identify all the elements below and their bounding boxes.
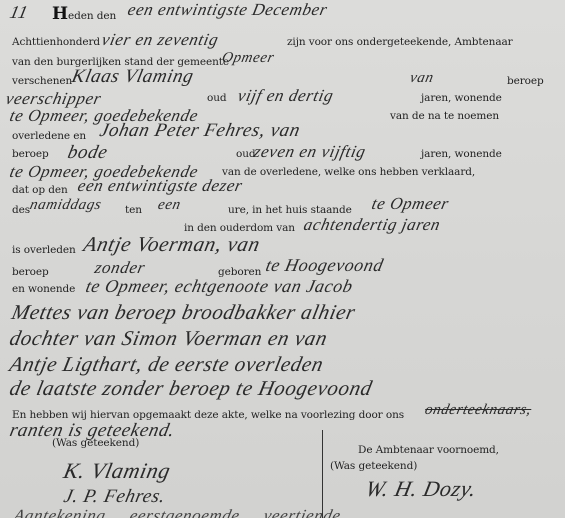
signature-informant-2: J. P. Fehres.: [62, 486, 168, 508]
intro-initial: H: [52, 4, 68, 24]
birthplace: te Hoogevoond: [264, 255, 386, 276]
informant1-name: Klaas Vlaming: [70, 66, 196, 88]
des-label: des: [12, 204, 30, 216]
ten-label: ten: [125, 204, 142, 216]
act-number: 11: [8, 2, 30, 23]
age-of-deceased: achtendertig jaren: [302, 215, 442, 235]
hour-handwritten: een: [156, 197, 182, 214]
year-prefix: Achttienhonderd: [12, 36, 100, 48]
handwritten-line-c: Antje Ligthart, de eerste overleden: [7, 352, 326, 377]
deceased-name: Antje Voerman, van: [81, 232, 262, 257]
gemeente-handwritten: Opmeer: [220, 50, 276, 67]
was-geteekend-right: (Was geteekend): [330, 460, 417, 472]
informant1-van: van: [408, 70, 435, 87]
van-de-na-te-noemen: van de na te noemen: [390, 110, 499, 122]
place-of-death: te Opmeer: [370, 194, 451, 214]
ambtenaar-voornoemd: De Ambtenaar voornoemd,: [358, 444, 499, 456]
signature-bracket: [318, 430, 323, 518]
informant2-name: Johan Peter Fehres, van: [98, 120, 303, 142]
deceased-occupation: zonder: [93, 258, 147, 278]
jaren-wonende-2: jaren, wonende: [421, 148, 502, 160]
van-de-overledene: van de overledene, welke ons hebben verk…: [222, 166, 475, 178]
beroep-label-1: beroep: [507, 75, 544, 87]
beroep-label-3: beroep: [12, 266, 49, 278]
jaren-wonende-1: jaren, wonende: [421, 92, 502, 104]
was-geteekend-left: (Was geteekend): [52, 437, 139, 449]
signature-official: W. H. Dozy.: [363, 476, 479, 502]
residence-line: te Opmeer, echtgenoote van Jacob: [84, 276, 355, 297]
line2-suffix: zijn voor ons ondergeteekende, Ambtenaar: [287, 36, 513, 48]
closing-continuation-1: onderteeknaars,: [423, 402, 533, 419]
beroep-label-2: beroep: [12, 148, 49, 160]
death-date: een entwintigste dezer: [76, 176, 245, 196]
informant1-age: vijf en dertig: [236, 86, 336, 106]
handwritten-line-a: Mettes van beroep broodbakker alhier: [9, 300, 357, 325]
informant2-occupation: bode: [66, 142, 110, 164]
overledene-en-label: overledene en: [12, 130, 86, 142]
signature-informant-1: K. Vlaming: [61, 458, 173, 484]
is-overleden-label: is overleden: [12, 244, 76, 256]
date-handwritten: een entwintigste December: [126, 0, 329, 20]
document-page: 11 Heden den een entwintigste December A…: [0, 0, 565, 518]
informant2-age: zeven en vijftig: [252, 142, 368, 162]
dat-op-den-label: dat op den: [12, 184, 68, 196]
handwritten-line-d: de laatste zonder beroep te Hoogevoond: [7, 376, 374, 401]
handwritten-line-b: dochter van Simon Voerman en van: [7, 326, 330, 351]
year-handwritten: vier en zeventig: [100, 30, 221, 50]
intro-text: Heden den: [52, 4, 116, 24]
margin-note-bottom: Aantekening ... eerstgenoemde ... veerti…: [12, 506, 343, 518]
verschenen-label: verschenen: [12, 75, 72, 87]
oud-label-1: oud: [207, 92, 227, 104]
time-of-day: namiddags: [28, 197, 103, 214]
en-wonende-label: en wonende: [12, 283, 75, 295]
intro-rest: eden den: [68, 10, 116, 22]
